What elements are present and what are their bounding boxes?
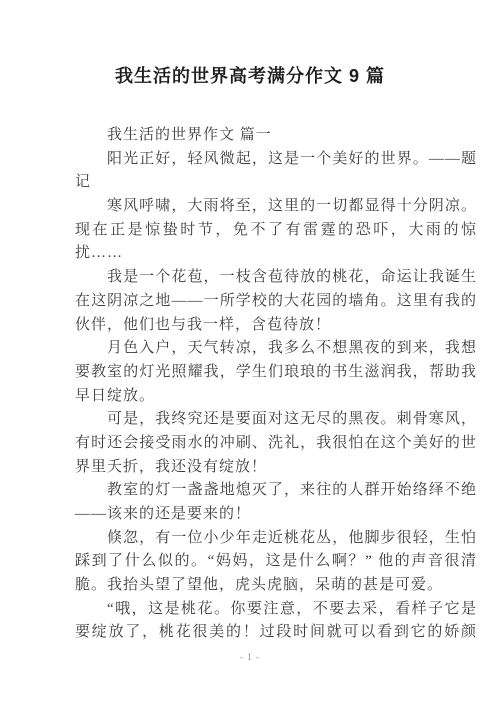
text-line: 要教室的灯光照耀我，学生们琅琅的书生滋润我，帮助我 (75, 361, 477, 385)
document-title: 我生活的世界高考满分作文 9 篇 (0, 62, 500, 88)
text-line: 要绽放了，桃花很美的！过段时间就可以看到它的娇颜 (75, 621, 477, 645)
text-line: 可是，我终究还是要面对这无尽的黑夜。刺骨寒风， (75, 408, 477, 432)
text-line: 月色入户，天气转凉，我多么不想黑夜的到来，我想 (75, 337, 477, 361)
text-line: 伙伴，他们也与我一样，含苞待放！ (75, 314, 477, 338)
text-line: 在这阴凉之地——一所学校的大花园的墙角。这里有我的 (75, 290, 477, 314)
text-line: 有时还会接受雨水的冲刷、洗礼，我很怕在这个美好的世 (75, 432, 477, 456)
text-line: 倏忽，有一位小少年走近桃花丛，他脚步很轻，生怕 (75, 527, 477, 551)
page-number: - 1 - (0, 652, 500, 662)
text-line: 记 (75, 171, 477, 195)
text-line: “哦，这是桃花。你要注意，不要去采，看样子它是 (75, 598, 477, 622)
text-line: 脆。我抬头望了望他，虎头虎脑，呆萌的甚是可爱。 (75, 574, 477, 598)
document-page: 我生活的世界高考满分作文 9 篇 我生活的世界作文 篇一阳光正好，轻风微起，这是… (0, 0, 500, 707)
text-line: 踩到了什么似的。“妈妈，这是什么啊？” 他的声音很清 (75, 550, 477, 574)
text-line: 寒风呼啸，大雨将至，这里的一切都显得十分阴凉。 (75, 195, 477, 219)
text-line: 教室的灯一盏盏地熄灭了，来往的人群开始络绎不绝 (75, 479, 477, 503)
text-line: 扰…… (75, 242, 477, 266)
text-line: ——该来的还是要来的！ (75, 503, 477, 527)
text-line: 我生活的世界作文 篇一 (75, 124, 477, 148)
text-line: 阳光正好，轻风微起，这是一个美好的世界。——题 (75, 148, 477, 172)
text-line: 我是一个花苞，一枝含苞待放的桃花，命运让我诞生 (75, 266, 477, 290)
text-line: 现在正是惊蛰时节，免不了有雷霆的恐吓，大雨的惊 (75, 219, 477, 243)
text-line: 早日绽放。 (75, 385, 477, 409)
essay-body: 我生活的世界作文 篇一阳光正好，轻风微起，这是一个美好的世界。——题记寒风呼啸，… (75, 124, 477, 645)
text-line: 界里夭折，我还没有绽放！ (75, 456, 477, 480)
